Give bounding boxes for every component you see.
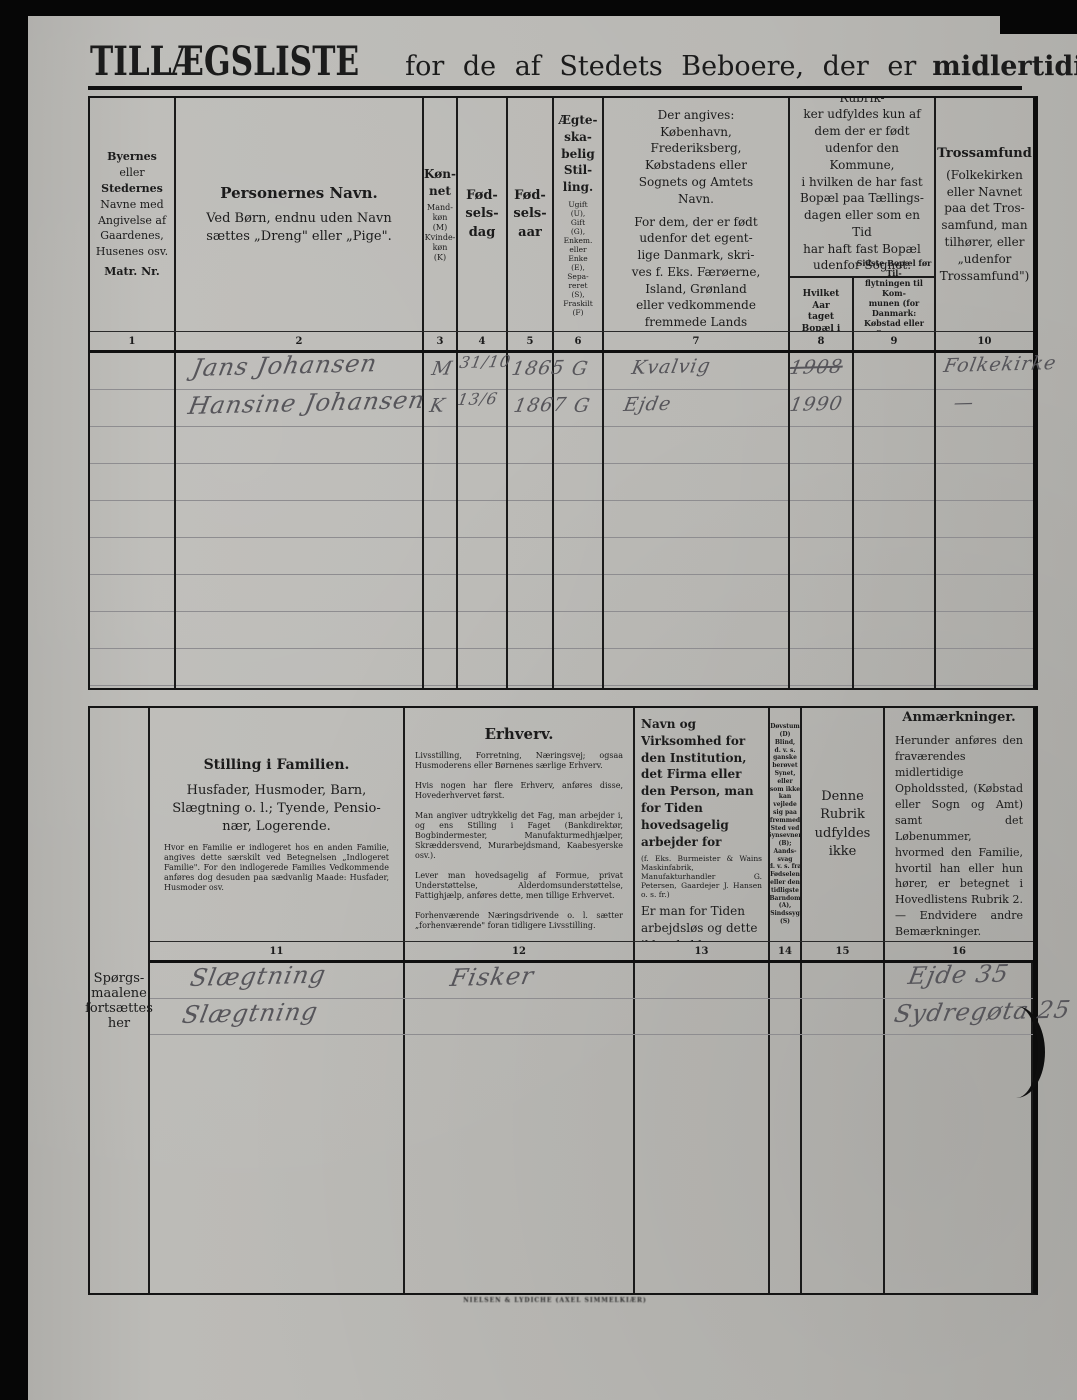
handwritten-faith-row1: Folkekirke [942,352,1059,377]
lower-table-right-part: Stilling i Familien. Husfader, Husmoder,… [150,708,1033,1293]
handwritten-sex-row1: M [430,357,455,380]
col-number: 8 [790,332,854,350]
col-number: 16 [885,942,1033,960]
printer-imprint: NIELSEN & LYDICHE (AXEL SIMMELKIÆR) [88,1297,1022,1304]
handwritten-birthplace-row2: Ejde [622,393,674,416]
title-underline-rule [88,86,1022,90]
col-sex-header: Køn- net Mand- køn (M) Kvinde- køn (K) [424,98,458,331]
col10-title: Trossamfund [937,145,1032,163]
col-number: 1 [90,332,176,350]
body-cell [802,963,885,1293]
handwritten-birthyear-row2: 1867 [512,394,569,417]
handwritten-name-row1: Jans Johansen [190,349,380,382]
col16-body: Herunder anføres den fraværendes midlert… [885,733,1033,940]
col4-title: Fød- sels- dag [465,187,498,242]
col-faith-header: Trossamfund (Folkekirken eller Navnet pa… [936,98,1033,331]
col-employer-header: Navn og Virksomhed for den Institution, … [635,708,770,941]
form-title-rest: for de af Stedets Beboere, der er [405,51,916,82]
col6-title: Ægte- ska- belig Stil- ling. [559,112,598,196]
handwritten-remarks-row2: Sydregøta 25 [892,995,1073,1028]
body-cell [854,353,936,688]
col-number: 14 [770,942,802,960]
col11-title: Stilling i Familien. [204,756,350,776]
handwritten-birthday-row2: 13/6 [456,389,500,409]
col-number: 15 [802,942,885,960]
body-cell [770,963,802,1293]
col1-line: Matr. Nr. [104,264,160,280]
col12-title: Erhverv. [485,724,554,745]
col-family-position-header: Stilling i Familien. Husfader, Husmoder,… [150,708,405,941]
col6-sub: Ugift (U), Gift (G), Enkem. eller Enke (… [563,200,592,317]
col-birthyear-header: Fød- sels- aar [508,98,554,331]
col13-title: Navn og Virksomhed for den Institution, … [635,716,768,850]
col-number: 3 [424,332,458,350]
col-matr-nr-header: Byernes eller Stedernes Navne med Angive… [90,98,176,331]
col1-line: Navne med Angivelse af Gaardenes, Husene… [96,197,168,261]
body-cell [635,963,770,1293]
body-cell [90,353,176,688]
col-number: 10 [936,332,1033,350]
lower-table-header: Stilling i Familien. Husfader, Husmoder,… [150,708,1033,941]
handwritten-position-row2: Slægtning [180,997,321,1029]
lower-table-column-numbers: 11 12 13 14 15 16 [150,941,1033,963]
col10-sub: (Folkekirken eller Navnet paa det Tros- … [940,167,1030,285]
col7-title: Fødested. [658,98,733,101]
col8-9-shared-note: Nedenstaaende Rubrik- ker udfyldes kun a… [790,98,934,276]
col9-subheader: Sidste Bopæl før Til- flytningen til Kom… [854,278,934,331]
col7-paragraph2: For dem, der er født udenfor det egent- … [632,214,761,332]
col-number: 2 [176,332,424,350]
col-number: 6 [554,332,604,350]
form-title-emphasis: midlertidig fraværende. [932,51,1077,82]
col-birthday-header: Fød- sels- dag [458,98,508,331]
col-residence-group-header: Nedenstaaende Rubrik- ker udfyldes kun a… [790,98,936,331]
col8-9-subheaders: Hvilket Aar taget Bopæl i Kommunen? Sids… [790,276,934,331]
col5-title: Fød- sels- aar [513,187,546,242]
col-occupation-header: Erhverv. Livsstilling, Forretning, Nærin… [405,708,635,941]
col16-title: Anmærkninger. [902,709,1015,727]
handwritten-birthday-row1: 31/10 [458,352,513,372]
col13-sub: (f. Eks. Burmeister & Wains Maskinfabrik… [635,854,768,899]
col11-sub: Husfader, Husmoder, Barn, Slægtning o. l… [172,782,381,837]
handwritten-position-row1: Slægtning [188,960,329,992]
lower-table-continued-questions: Spørgs- maalene fortsættes her Stilling … [88,706,1038,1295]
ruled-line [150,1034,1033,1035]
col-number: 5 [508,332,554,350]
scan-edge-shadow [1000,0,1077,34]
handwritten-faith-row2: — [952,391,976,414]
col-not-filled-header: Denne Rubrik udfyldes ikke [802,708,885,941]
col-number: 11 [150,942,405,960]
col-number: 9 [854,332,936,350]
upper-table-column-numbers: 1 2 3 4 5 6 7 8 9 10 [90,331,1033,353]
col1-line: Stedernes [101,181,163,197]
form-title-main: TILLÆGSLISTE [90,38,359,85]
col12-paragraphs: Livsstilling, Forretning, Næringsvej; og… [405,751,633,941]
col13-paragraph2: Er man for Tiden arbejdsløs og dette ikk… [635,903,768,941]
col-disabilities-header: Døvstum (D) Blind, d. v. s. ganske berøv… [770,708,802,941]
col-number: 12 [405,942,635,960]
col1-line: eller [119,165,144,181]
col3-title: Køn- net [424,166,456,200]
upper-table-header: Byernes eller Stedernes Navne med Angive… [90,98,1033,331]
side-label-questions-continue: Spørgs- maalene fortsættes her [90,708,150,1293]
col-number: 4 [458,332,508,350]
body-cell [405,963,635,1293]
form-title: TILLÆGSLISTE for de af Stedets Beboere, … [90,38,1024,85]
col11-fine-print: Hvor en Familie er indlogeret hos en and… [150,843,403,893]
handwritten-year-moved-row2: 1990 [788,393,845,416]
body-cell [936,353,1033,688]
handwritten-birthyear-row1: 1865 [510,357,567,380]
col-number: 7 [604,332,790,350]
col14-lines: Døvstum (D) Blind, d. v. s. ganske berøv… [770,723,802,926]
handwritten-year-moved-row1: 1908 [788,356,845,379]
col2-title: Personernes Navn. [220,183,378,204]
upper-table-absent-persons: Byernes eller Stedernes Navne med Angive… [88,96,1038,690]
col-name-header: Personernes Navn. Ved Børn, endnu uden N… [176,98,424,331]
handwritten-occupation-row1: Fisker [448,962,537,992]
col-birthplace-header: Fødested. Der angives: København, Freder… [604,98,790,331]
col-number: 13 [635,942,770,960]
handwritten-remarks-row1: Ejde 35 [906,959,1011,990]
col7-paragraph1: Der angives: København, Frederiksberg, K… [639,107,753,208]
col-remarks-header: Anmærkninger. Herunder anføres den fravæ… [885,708,1033,941]
col2-sub: Ved Børn, endnu uden Navn sættes „Dreng"… [206,210,392,246]
col15-text: Denne Rubrik udfyldes ikke [815,788,871,861]
col-marital-header: Ægte- ska- belig Stil- ling. Ugift (U), … [554,98,604,331]
col8-subheader: Hvilket Aar taget Bopæl i Kommunen? [790,278,854,331]
col3-sub: Mand- køn (M) Kvinde- køn (K) [425,203,456,263]
col1-line: Byernes [107,149,157,165]
handwritten-birthplace-row1: Kvalvig [630,355,713,379]
